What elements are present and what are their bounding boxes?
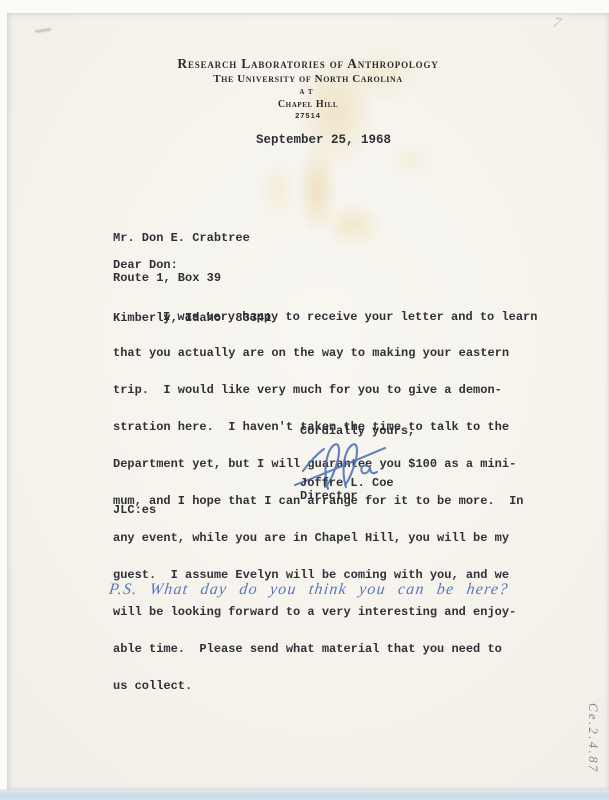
letterhead-city: Chapel Hill <box>7 98 609 111</box>
body-line: any event, while you are in Chapel Hill,… <box>113 532 537 544</box>
catalog-number: Ce.2.4.87 <box>586 703 600 795</box>
corner-pencil-mark: 7 <box>551 15 566 34</box>
recipient-name: Mr. Don E. Crabtree <box>113 232 271 245</box>
date-line: September 25, 1968 <box>256 134 391 146</box>
body-line: able time. Please send what material tha… <box>113 643 537 655</box>
scanner-background-strip <box>0 789 609 800</box>
recipient-route: Route 1, Box 39 <box>113 272 271 285</box>
handwritten-postscript: P.S. What day do you think you can be he… <box>108 581 570 599</box>
signature-name: Joffre L. Coe <box>300 477 394 489</box>
letterhead-university: The University of North Carolina <box>7 72 609 87</box>
letter-paper: Research Laboratories of Anthropology Th… <box>7 13 609 790</box>
letterhead-organization: Research Laboratories of Anthropology <box>7 55 609 72</box>
body-line: guest. I assume Evelyn will be coming wi… <box>113 569 537 581</box>
body-line: trip. I would like very much for you to … <box>113 384 537 396</box>
letterhead: Research Laboratories of Anthropology Th… <box>7 55 609 121</box>
scanned-letter-page: Research Laboratories of Anthropology Th… <box>0 0 609 800</box>
body-line: us collect. <box>113 680 537 692</box>
body-line: will be looking forward to a very intere… <box>113 606 537 618</box>
letterhead-conjunction: AT <box>7 87 609 98</box>
salutation: Dear Don: <box>113 259 178 271</box>
signature-title: Director <box>300 490 358 502</box>
pencil-smudge-mark <box>35 28 51 33</box>
letterhead-zip: 27514 <box>7 111 609 121</box>
closing-phrase: Cordially yours, <box>300 425 415 437</box>
body-line: I was very happy to receive your letter … <box>113 311 537 323</box>
typist-initials: JLC:es <box>113 504 156 516</box>
body-line: that you actually are on the way to maki… <box>113 347 537 359</box>
